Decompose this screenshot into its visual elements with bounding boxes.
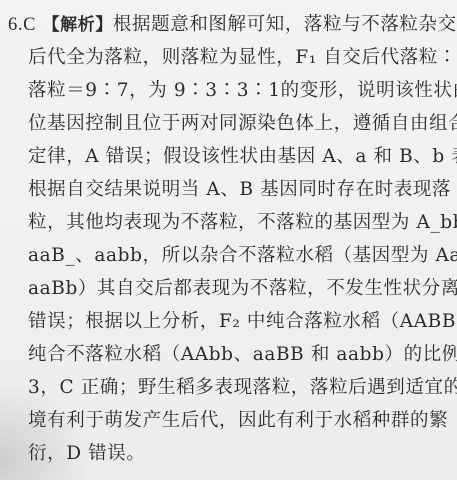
text-line-7: 粒，其他均表现为不落粒，不落粒的基因型为 A_bb、: [28, 206, 457, 239]
question-number: 6.: [8, 15, 23, 35]
text-line-11: 纯合不落粒水稻（AAbb、aaBB 和 aabb）的比例为 1∶: [28, 338, 457, 371]
text-line-5: 定律，A 错误；假设该性状由基因 A、a 和 B、b 表示，: [28, 140, 457, 173]
document-page: 6.C 【解析】根据题意和图解可知，落粒与不落粒杂交 后代全为落粒，则落粒为显性…: [0, 0, 457, 480]
text-line-2: 后代全为落粒，则落粒为显性，F₁ 自交后代落粒∶不: [28, 41, 457, 74]
text-line-3: 落粒＝9∶7，为 9∶3∶3∶1的变形，说明该性状由两对等: [28, 74, 457, 107]
text-line-8: aaB_、aabb，所以杂合不落粒水稻（基因型为 Aabb 或: [28, 239, 457, 272]
text-line-6: 根据自交结果说明当 A、B 基因同时存在时表现落: [28, 173, 451, 206]
analysis-tag: 【解析】: [43, 15, 113, 35]
answer-choice: C: [23, 15, 36, 35]
text-line-14: 衍，D 错误。: [28, 437, 145, 470]
text-line-12: 3，C 正确；野生稻多表现落粒，落粒后遇到适宜的环: [28, 371, 457, 404]
text-line-13: 境有利于萌发产生后代，因此有利于水稻种群的繁: [28, 404, 448, 437]
text-line-10: 错误；根据以上分析，F₂ 中纯合落粒水稻（AABB）与: [28, 305, 457, 338]
text-line-1: 6.C 【解析】根据题意和图解可知，落粒与不落粒杂交: [8, 8, 457, 41]
text-line: 根据题意和图解可知，落粒与不落粒杂交: [113, 14, 457, 35]
text-line-4: 位基因控制且位于两对同源染色体上，遵循自由组合: [28, 107, 457, 140]
text-line-9: aaBb）其自交后都表现为不落粒，不发生性状分离，B: [28, 272, 457, 305]
